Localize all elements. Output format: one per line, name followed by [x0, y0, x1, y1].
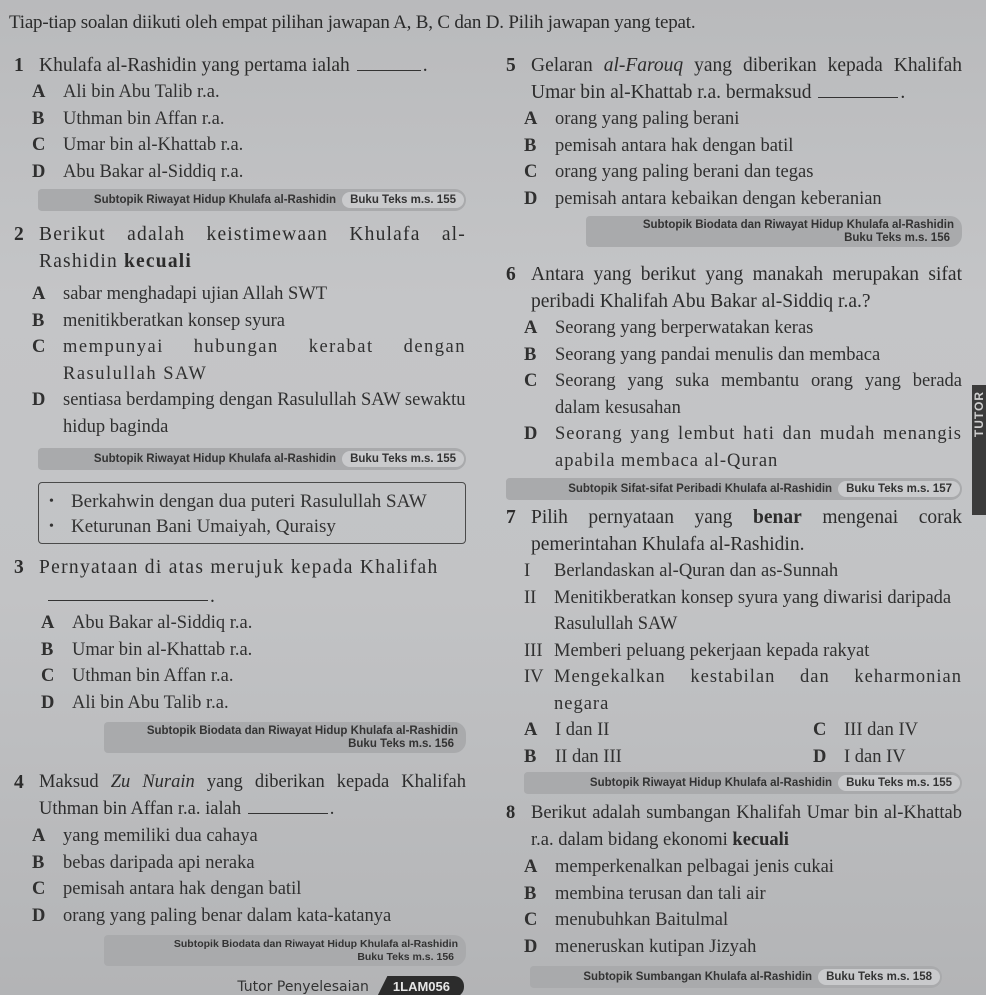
option-a[interactable]: AI dan II [524, 717, 743, 744]
option-c[interactable]: Cmempunyai hubungan kerabat dengan Rasul… [32, 334, 466, 387]
statement-iv: IVMengekalkan kestabilan dan keharmonian… [524, 664, 962, 717]
option-b[interactable]: BUmar bin al-Khattab r.a. [41, 637, 466, 664]
stimulus-item: •Keturunan Bani Umaiyah, Quraisy [49, 514, 455, 539]
question-3: 3 Pernyataan di atas merujuk kepada Khal… [14, 554, 466, 753]
left-column: 1 Khulafa al-Rashidin yang pertama ialah… [14, 52, 466, 995]
answer-blank [818, 80, 898, 98]
option-b[interactable]: BUthman bin Affan r.a. [32, 106, 466, 133]
question-number: 5 [506, 52, 531, 106]
option-b[interactable]: Bpemisah antara hak dengan batil [524, 133, 962, 160]
option-a[interactable]: AAbu Bakar al-Siddiq r.a. [41, 610, 466, 637]
options: ASeorang yang berperwatakan keras BSeora… [506, 315, 962, 474]
subtopic-reference: Subtopik Biodata dan Riwayat Hidup Khula… [586, 216, 962, 247]
option-b[interactable]: Bbebas daripada api neraka [32, 850, 466, 877]
textbook-page-badge: Buku Teks m.s. 157 [838, 481, 960, 497]
textbook-page-badge: Buku Teks m.s. 156 [348, 737, 460, 750]
subtopic-reference: Subtopik Biodata dan Riwayat Hidup Khula… [104, 935, 466, 966]
tutor-solution[interactable]: Tutor Penyelesaian 1LAM056 [14, 976, 466, 995]
textbook-page-badge: Buku Teks m.s. 155 [838, 775, 960, 791]
option-c[interactable]: CUthman bin Affan r.a. [41, 663, 466, 690]
question-8: 8 Berikut adalah sumbangan Khalifah Umar… [506, 800, 962, 988]
question-number: 3 [14, 554, 39, 581]
statement-i: IBerlandaskan al-Quran dan as-Sunnah [524, 558, 962, 585]
statement-ii: IIMenitikberatkan konsep syura yang diwa… [524, 585, 962, 638]
instructions: Tiap-tiap soalan diikuti oleh empat pili… [9, 12, 695, 34]
option-d[interactable]: DAli bin Abu Talib r.a. [41, 690, 466, 717]
textbook-page-badge: Buku Teks m.s. 156 [357, 950, 460, 963]
option-d[interactable]: DAbu Bakar al-Siddiq r.a. [32, 159, 466, 186]
answer-blank [357, 53, 421, 71]
side-tab-tutor: TUTOR [972, 385, 986, 515]
tutor-label: Tutor Penyelesaian [237, 979, 369, 995]
stimulus-box: •Berkahwin dengan dua puteri Rasulullah … [38, 482, 466, 544]
option-a[interactable]: Asabar menghadapi ujian Allah SWT [32, 281, 466, 308]
question-stem: Khulafa al-Rashidin yang pertama ialah [39, 55, 350, 76]
tutor-code-badge[interactable]: 1LAM056 [377, 976, 464, 995]
options: AAli bin Abu Talib r.a. BUthman bin Affa… [14, 79, 466, 185]
option-b[interactable]: BII dan III [524, 744, 743, 771]
question-stem: Antara yang berikut yang manakah merupak… [531, 261, 962, 315]
option-d[interactable]: Dmeneruskan kutipan Jizyah [524, 934, 962, 961]
statements: IBerlandaskan al-Quran dan as-Sunnah IIM… [506, 558, 962, 717]
question-2: 2 Berikut adalah keistimewaan Khulafa al… [14, 221, 466, 470]
subtopic-reference: Subtopik Sumbangan Khulafa al-Rashidin B… [530, 966, 942, 988]
options: Asabar menghadapi ujian Allah SWT Bmenit… [14, 281, 466, 440]
textbook-page-badge: Buku Teks m.s. 156 [844, 231, 956, 244]
option-a[interactable]: Aorang yang paling berani [524, 106, 962, 133]
options: Ayang memiliki dua cahaya Bbebas daripad… [14, 823, 466, 929]
term-zu-nurain: Zu Nurain [111, 772, 195, 792]
option-d[interactable]: DI dan IV [813, 744, 962, 771]
bullet-icon: • [49, 489, 71, 514]
question-stem: Berikut adalah keistimewaan Khulafa al-R… [39, 224, 466, 272]
option-d[interactable]: Dorang yang paling benar dalam kata-kata… [32, 903, 466, 930]
subtopic-reference: Subtopik Riwayat Hidup Khulafa al-Rashid… [38, 448, 466, 470]
option-a[interactable]: ASeorang yang berperwatakan keras [524, 315, 962, 342]
option-c[interactable]: Corang yang paling berani dan tegas [524, 159, 962, 186]
question-number: 4 [14, 769, 39, 823]
option-b[interactable]: Bmenitikberatkan konsep syura [32, 308, 466, 335]
question-6: 6 Antara yang berikut yang manakah merup… [506, 261, 962, 500]
question-stem: Pernyataan di atas merujuk kepada Khalif… [39, 554, 466, 581]
subtopic-reference: Subtopik Biodata dan Riwayat Hidup Khula… [104, 722, 466, 753]
question-5: 5 Gelaran al-Farouq yang diberikan kepad… [506, 52, 962, 247]
option-c[interactable]: CSeorang yang suka membantu orang yang b… [524, 368, 962, 421]
answer-blank [248, 796, 328, 814]
subtopic-reference: Subtopik Riwayat Hidup Khulafa al-Rashid… [38, 189, 466, 211]
option-d[interactable]: Dpemisah antara kebaikan dengan keberani… [524, 186, 962, 213]
statement-iii: IIIMemberi peluang pekerjaan kepada raky… [524, 638, 962, 665]
option-c[interactable]: Cpemisah antara hak dengan batil [32, 876, 466, 903]
question-7: 7 Pilih pernyataan yang benar mengenai c… [506, 504, 962, 794]
worksheet-page: Tiap-tiap soalan diikuti oleh empat pili… [0, 0, 986, 995]
answer-blank [48, 583, 208, 601]
bullet-icon: • [49, 514, 71, 539]
textbook-page-badge: Buku Teks m.s. 158 [818, 969, 940, 985]
subtopic-reference: Subtopik Sifat-sifat Peribadi Khulafa al… [506, 478, 962, 500]
emphasis-kecuali: kecuali [732, 830, 789, 850]
question-number: 2 [14, 221, 39, 275]
term-al-farouq: al-Farouq [604, 55, 683, 76]
textbook-page-badge: Buku Teks m.s. 155 [342, 192, 464, 208]
question-4: 4 Maksud Zu Nurain yang diberikan kepada… [14, 769, 466, 995]
option-b[interactable]: BSeorang yang pandai menulis dan membaca [524, 342, 962, 369]
option-d[interactable]: Dsentiasa berdamping dengan Rasulullah S… [32, 387, 466, 440]
options: Aorang yang paling berani Bpemisah antar… [506, 106, 962, 212]
option-d[interactable]: DSeorang yang lembut hati dan mudah mena… [524, 421, 962, 474]
question-number: 7 [506, 504, 531, 558]
option-c[interactable]: Cmenubuhkan Baitulmal [524, 907, 962, 934]
question-number: 8 [506, 800, 531, 854]
question-1: 1 Khulafa al-Rashidin yang pertama ialah… [14, 52, 466, 211]
option-a[interactable]: Ayang memiliki dua cahaya [32, 823, 466, 850]
question-number: 6 [506, 261, 531, 315]
option-b[interactable]: Bmembina terusan dan tali air [524, 881, 962, 908]
option-a[interactable]: Amemperkenalkan pelbagai jenis cukai [524, 854, 962, 881]
emphasis-kecuali: kecuali [124, 251, 192, 272]
right-column: 5 Gelaran al-Farouq yang diberikan kepad… [506, 52, 962, 988]
stimulus-item: •Berkahwin dengan dua puteri Rasulullah … [49, 489, 455, 514]
option-c[interactable]: CUmar bin al-Khattab r.a. [32, 132, 466, 159]
textbook-page-badge: Buku Teks m.s. 155 [342, 451, 464, 467]
options: AI dan II CIII dan IV BII dan III DI dan… [506, 717, 962, 770]
option-c[interactable]: CIII dan IV [813, 717, 962, 744]
subtopic-reference: Subtopik Riwayat Hidup Khulafa al-Rashid… [524, 772, 962, 794]
options: Amemperkenalkan pelbagai jenis cukai Bme… [506, 854, 962, 960]
emphasis-benar: benar [753, 507, 802, 528]
option-a[interactable]: AAli bin Abu Talib r.a. [32, 79, 466, 106]
question-number: 1 [14, 52, 39, 79]
options: AAbu Bakar al-Siddiq r.a. BUmar bin al-K… [14, 610, 466, 716]
